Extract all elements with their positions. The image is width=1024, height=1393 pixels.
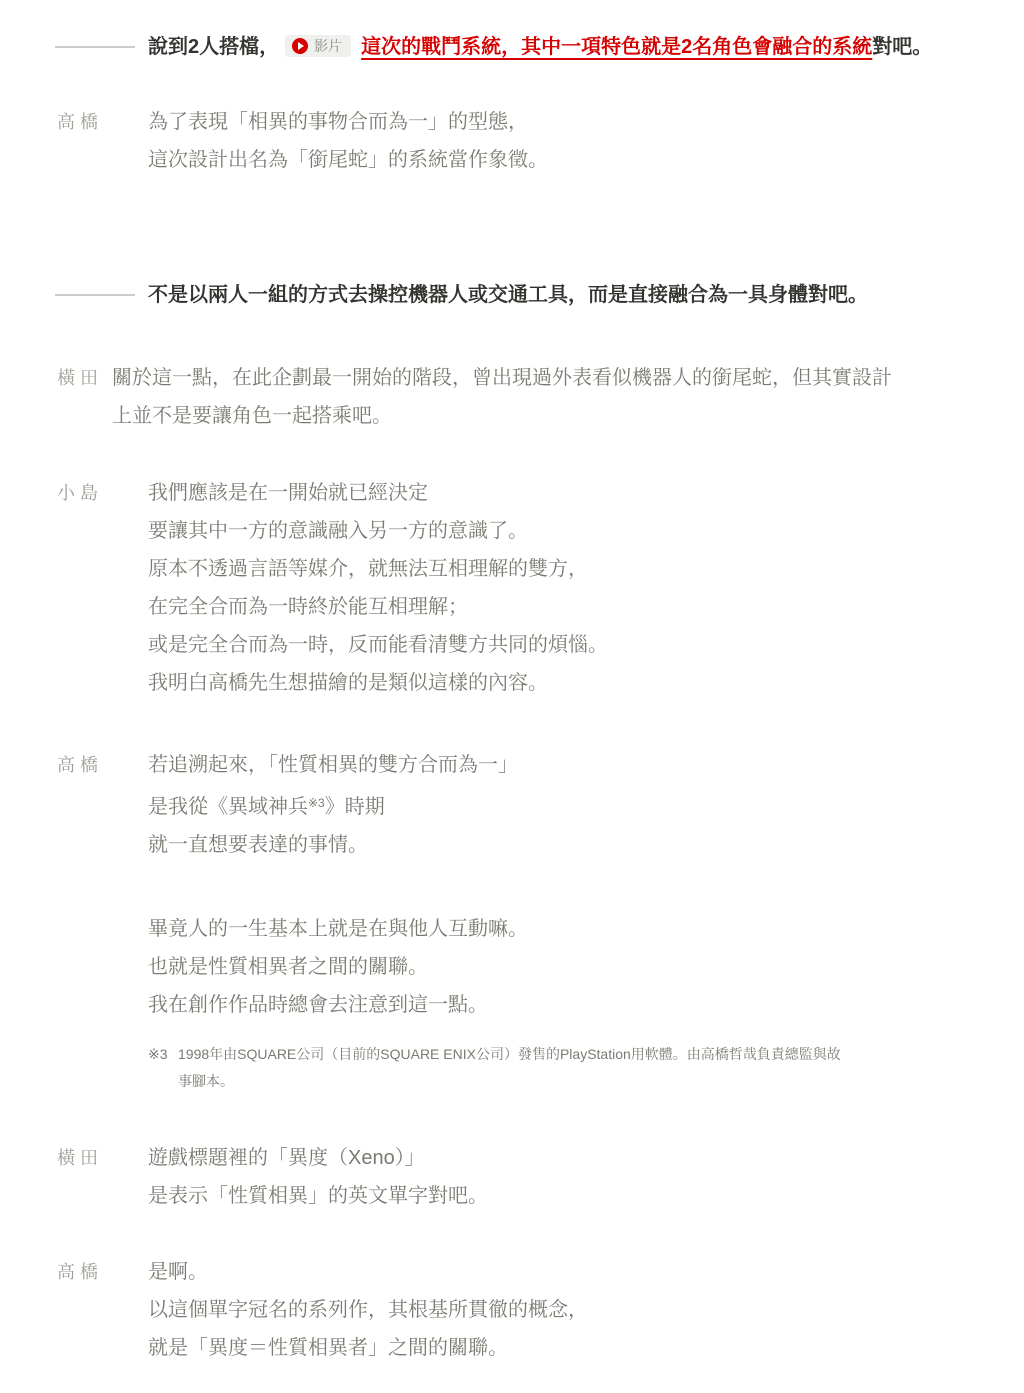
speaker-label-takahashi: 高 橋 — [57, 1253, 148, 1291]
speaker-paragraph: 關於這一點，在此企劃最一開始的階段，曾出現過外表看似機器人的銜尾蛇，但其實設計 … — [112, 359, 962, 435]
question-text: 不是以兩人一組的方式去操控機器人或交通工具，而是直接融合為一具身體對吧。 — [148, 280, 868, 310]
video-badge-label: 影片 — [314, 38, 342, 54]
footnote-marker: ※3 — [148, 1041, 178, 1068]
line: 這次設計出名為「銜尾蛇」的系統當作象徵。 — [148, 141, 548, 179]
footnote-text: 1998年由SQUARE公司（目前的SQUARE ENIX公司）發售的PlayS… — [178, 1041, 841, 1095]
speaker-label-yokota: 橫 田 — [57, 359, 112, 397]
footnote-3: ※3 1998年由SQUARE公司（目前的SQUARE ENIX公司）發售的Pl… — [0, 1041, 1024, 1095]
question-full-text: 不是以兩人一組的方式去操控機器人或交通工具，而是直接融合為一具身體對吧。 — [148, 284, 868, 306]
question-dash-divider — [55, 46, 135, 48]
speaker-label-takahashi: 高 橋 — [57, 746, 148, 784]
line-pre: 是我從《異域神兵 — [148, 796, 308, 818]
line: 為了表現「相異的事物合而為一」的型態， — [148, 103, 548, 141]
play-icon — [292, 38, 308, 54]
speaker-paragraph: 遊戲標題裡的「異度（Xeno）」 是表示「性質相異」的英文單字對吧。 — [148, 1139, 488, 1215]
line: 若追溯起來，「性質相異的雙方合而為一」 — [148, 746, 528, 784]
speaker-paragraph-continued: 畢竟人的一生基本上就是在與他人互動嘛。 也就是性質相異者之間的關聯。 我在創作作… — [148, 910, 528, 1024]
line: 畢竟人的一生基本上就是在與他人互動嘛。 — [148, 910, 528, 948]
line: 遊戲標題裡的「異度（Xeno）」 — [148, 1139, 488, 1177]
interviewer-question-1: 說到2人搭檔，影片這次的戰鬥系統，其中一項特色就是2名角色會融合的系統對吧。 — [0, 32, 1024, 62]
speaker-block-takahashi-3: 高 橋 是啊。 以這個單字冠名的系列作，其根基所貫徹的概念， 就是「異度＝性質相… — [0, 1253, 1024, 1367]
line: 要讓其中一方的意識融入另一方的意識了。 — [148, 512, 608, 550]
line: 我們應該是在一開始就已經決定 — [148, 474, 608, 512]
line: 是啊。 — [148, 1253, 588, 1291]
video-badge-button[interactable]: 影片 — [285, 35, 351, 57]
speaker-block-kojima: 小 島 我們應該是在一開始就已經決定 要讓其中一方的意識融入另一方的意識了。 原… — [0, 474, 1024, 702]
line: 就是「異度＝性質相異者」之間的關聯。 — [148, 1329, 588, 1367]
battle-system-link[interactable]: 這次的戰鬥系統，其中一項特色就是2名角色會融合的系統 — [361, 36, 872, 58]
speaker-paragraph: 若追溯起來，「性質相異的雙方合而為一」 是我從《異域神兵※3》時期 就一直想要表… — [148, 746, 528, 1024]
interviewer-question-2: 不是以兩人一組的方式去操控機器人或交通工具，而是直接融合為一具身體對吧。 — [0, 280, 1024, 310]
question-text: 說到2人搭檔，影片這次的戰鬥系統，其中一項特色就是2名角色會融合的系統對吧。 — [148, 32, 932, 62]
speaker-paragraph: 是啊。 以這個單字冠名的系列作，其根基所貫徹的概念， 就是「異度＝性質相異者」之… — [148, 1253, 588, 1367]
line: 1998年由SQUARE公司（目前的SQUARE ENIX公司）發售的PlayS… — [178, 1041, 841, 1068]
line: 關於這一點，在此企劃最一開始的階段，曾出現過外表看似機器人的銜尾蛇，但其實設計 — [112, 359, 962, 397]
speaker-block-takahashi-2: 高 橋 若追溯起來，「性質相異的雙方合而為一」 是我從《異域神兵※3》時期 就一… — [0, 746, 1024, 1024]
line: 在完全合而為一時終於能互相理解； — [148, 588, 608, 626]
footnote-ref-3: ※3 — [308, 796, 325, 810]
question-dash-divider — [55, 294, 135, 296]
line: 也就是性質相異者之間的關聯。 — [148, 948, 528, 986]
question-post-text: 對吧。 — [872, 36, 932, 58]
line: 或是完全合而為一時，反而能看清雙方共同的煩惱。 — [148, 626, 608, 664]
line: 上並不是要讓角色一起搭乘吧。 — [112, 397, 962, 435]
speaker-paragraph: 我們應該是在一開始就已經決定 要讓其中一方的意識融入另一方的意識了。 原本不透過… — [148, 474, 608, 702]
line: 原本不透過言語等媒介，就無法互相理解的雙方， — [148, 550, 608, 588]
speaker-label-takahashi: 高 橋 — [57, 103, 148, 141]
line: 我在創作作品時總會去注意到這一點。 — [148, 986, 528, 1024]
line: 是表示「性質相異」的英文單字對吧。 — [148, 1177, 488, 1215]
line: 以這個單字冠名的系列作，其根基所貫徹的概念， — [148, 1291, 588, 1329]
speaker-paragraph: 為了表現「相異的事物合而為一」的型態， 這次設計出名為「銜尾蛇」的系統當作象徵。 — [148, 103, 548, 179]
line: 事腳本。 — [178, 1068, 841, 1095]
play-triangle-icon — [298, 42, 304, 50]
line: 就一直想要表達的事情。 — [148, 826, 528, 864]
line-with-footnote-ref: 是我從《異域神兵※3》時期 — [148, 784, 528, 826]
speaker-block-yokota-1: 橫 田 關於這一點，在此企劃最一開始的階段，曾出現過外表看似機器人的銜尾蛇，但其… — [0, 359, 1024, 435]
line-post: 》時期 — [325, 796, 385, 818]
speaker-label-yokota: 橫 田 — [57, 1139, 148, 1177]
speaker-block-takahashi-1: 高 橋 為了表現「相異的事物合而為一」的型態， 這次設計出名為「銜尾蛇」的系統當… — [0, 103, 1024, 179]
line: 我明白高橋先生想描繪的是類似這樣的內容。 — [148, 664, 608, 702]
question-pre-text: 說到2人搭檔， — [148, 36, 279, 58]
speaker-label-kojima: 小 島 — [57, 474, 148, 512]
speaker-block-yokota-2: 橫 田 遊戲標題裡的「異度（Xeno）」 是表示「性質相異」的英文單字對吧。 — [0, 1139, 1024, 1215]
